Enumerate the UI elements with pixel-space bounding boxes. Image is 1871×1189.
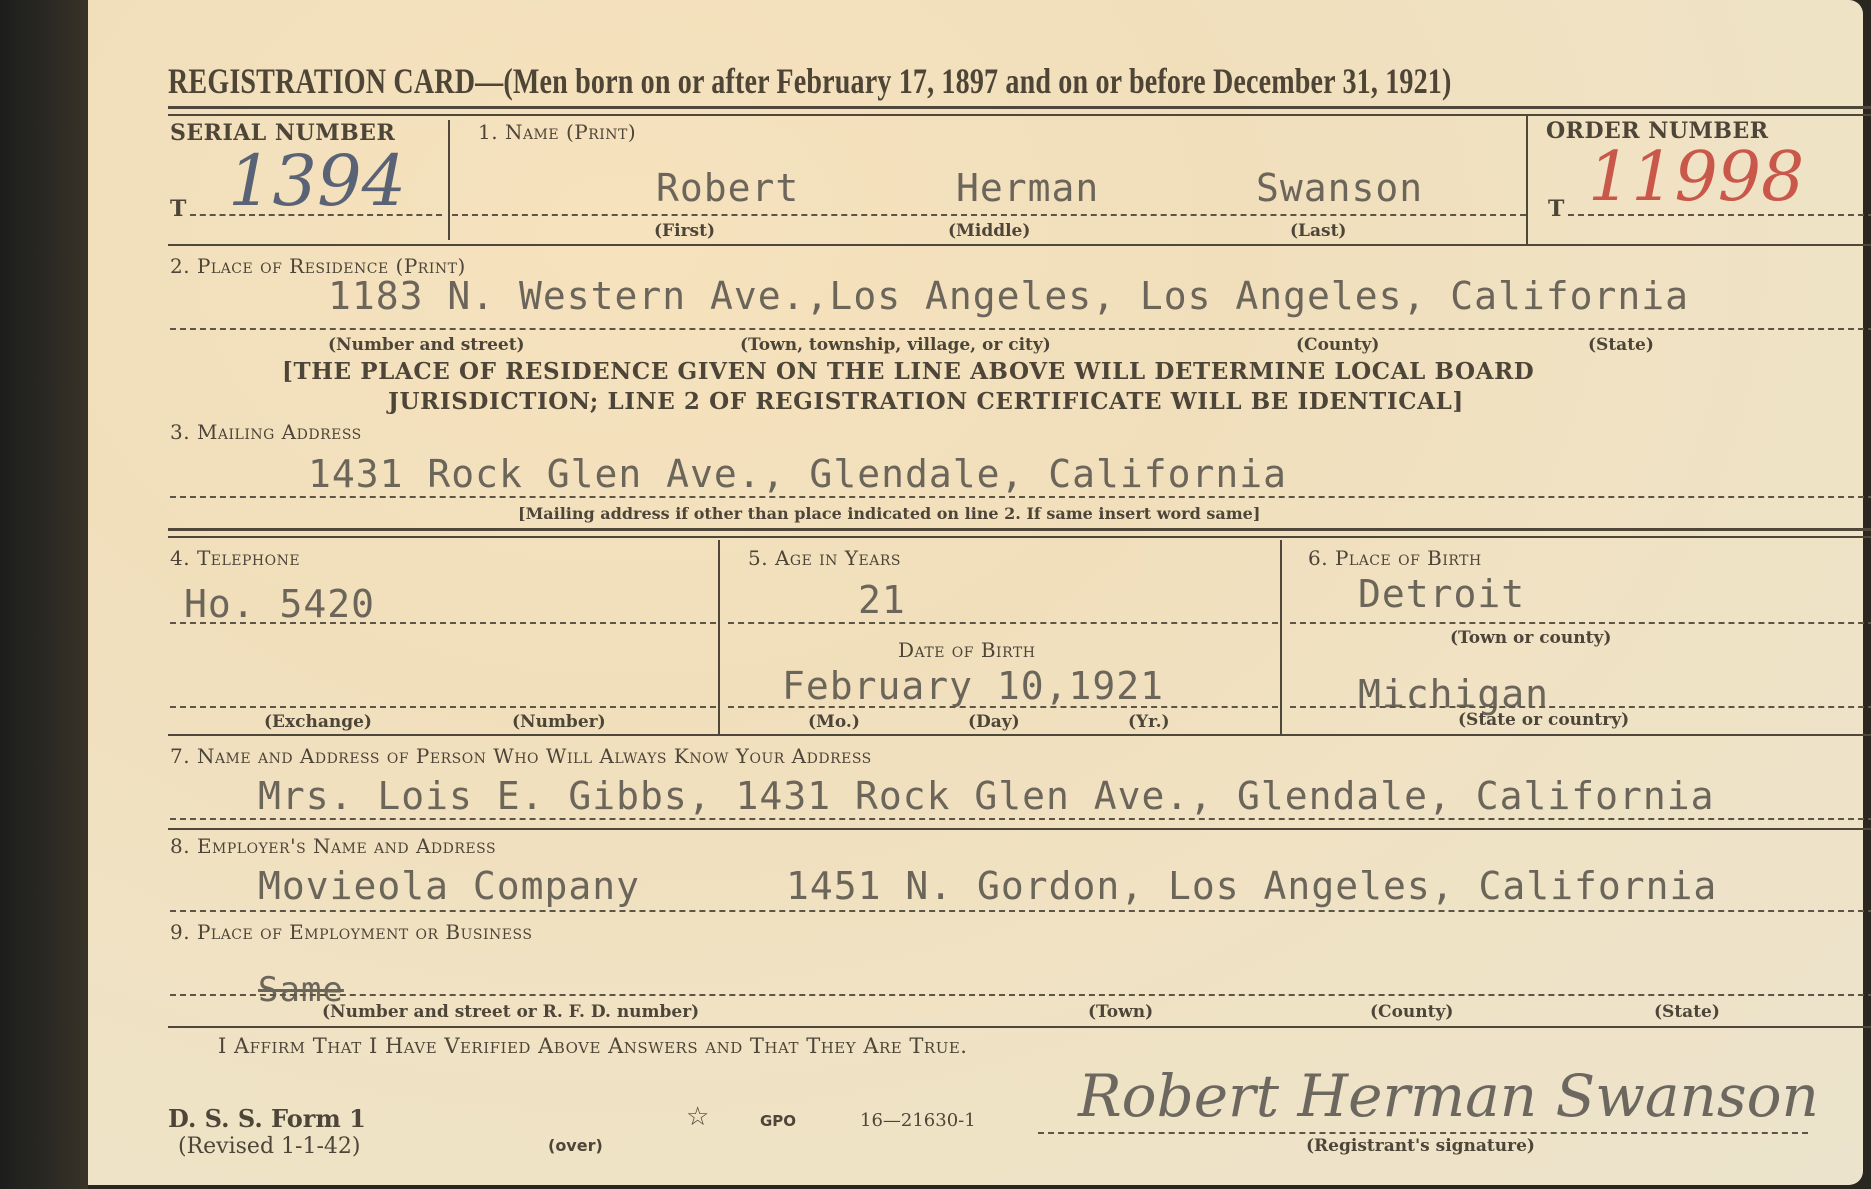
- dob-label: Date of Birth: [898, 638, 1035, 662]
- dob-line: [728, 706, 1278, 708]
- star-icon: ☆: [686, 1102, 709, 1132]
- serial-prefix: T: [170, 196, 186, 222]
- age-value: 21: [858, 578, 906, 622]
- signature-caption: (Registrant's signature): [1306, 1136, 1535, 1156]
- name-last-caption: (Last): [1290, 221, 1346, 241]
- residence-county-caption: (County): [1296, 335, 1379, 355]
- employment-county-caption: (County): [1370, 1002, 1453, 1022]
- name-middle-caption: (Middle): [948, 221, 1030, 241]
- dob-value: February 10,1921: [782, 664, 1164, 708]
- title-rule-1: [168, 106, 1871, 109]
- row-456-rule: [168, 734, 1871, 736]
- telephone-line-2: [170, 706, 716, 708]
- age-line: [728, 622, 1278, 624]
- telephone-value: Ho. 5420: [184, 582, 375, 626]
- employment-state-caption: (State): [1654, 1002, 1720, 1022]
- birthplace-town-line: [1290, 622, 1871, 624]
- mailing-caption: [Mailing address if other than place ind…: [518, 504, 1260, 523]
- residence-state-caption: (State): [1588, 335, 1654, 355]
- residence-value: 1183 N. Western Ave.,Los Angeles, Los An…: [328, 274, 1689, 318]
- employer-line: [170, 910, 1871, 912]
- employment-rule: [168, 1026, 1871, 1028]
- employer-name: Movieola Company: [258, 864, 640, 908]
- registrant-signature: Robert Herman Swanson: [1078, 1062, 1819, 1130]
- dob-day-caption: (Day): [968, 712, 1020, 732]
- dob-year-caption: (Yr.): [1128, 712, 1170, 732]
- birthplace-state-line: [1290, 706, 1871, 708]
- order-line: [1568, 214, 1871, 216]
- employment-place-line: [170, 994, 1871, 996]
- employment-town-caption: (Town): [1088, 1002, 1153, 1022]
- name-middle: Herman: [956, 166, 1099, 210]
- form-number: D. S. S. Form 1: [168, 1104, 366, 1133]
- residence-street-caption: (Number and street): [328, 335, 525, 355]
- mailing-value: 1431 Rock Glen Ave., Glendale, Californi…: [308, 452, 1287, 496]
- form-revised: (Revised 1-1-42): [178, 1134, 360, 1159]
- mailing-rule-2: [168, 536, 1871, 538]
- registration-card: REGISTRATION CARD—(Men born on or after …: [88, 0, 1863, 1185]
- age-label: 5. Age in Years: [748, 546, 901, 570]
- employment-place-label: 9. Place of Employment or Business: [170, 920, 532, 944]
- name-first-caption: (First): [654, 221, 715, 241]
- telephone-label: 4. Telephone: [170, 546, 300, 570]
- employer-address: 1451 N. Gordon, Los Angeles, California: [786, 864, 1717, 908]
- telephone-number-caption: (Number): [512, 712, 606, 732]
- print-code: 16—21630-1: [860, 1110, 976, 1131]
- name-label: 1. Name (Print): [478, 120, 636, 144]
- residence-notice-line1: [THE PLACE OF RESIDENCE GIVEN ON THE LIN…: [282, 358, 1534, 385]
- order-prefix: T: [1548, 196, 1564, 222]
- contact-label: 7. Name and Address of Person Who Will A…: [170, 744, 872, 768]
- residence-town-caption: (Town, township, village, or city): [740, 335, 1051, 355]
- residence-line: [170, 328, 1871, 330]
- mailing-rule-1: [168, 528, 1871, 531]
- employment-street-caption: (Number and street or R. F. D. number): [322, 1002, 699, 1022]
- contact-value: Mrs. Lois E. Gibbs, 1431 Rock Glen Ave.,…: [258, 774, 1715, 818]
- name-first: Robert: [656, 166, 799, 210]
- col-divider-2: [1280, 540, 1282, 734]
- name-section-rule: [168, 244, 1871, 246]
- telephone-line-1: [170, 622, 716, 624]
- serial-line: [190, 214, 442, 216]
- name-last: Swanson: [1256, 166, 1423, 210]
- order-number-value: 11998: [1588, 138, 1804, 217]
- card-title: REGISTRATION CARD—(Men born on or after …: [168, 60, 1452, 102]
- gpo-mark: GPO: [760, 1112, 796, 1130]
- mailing-line: [170, 496, 1871, 498]
- col-divider-1: [718, 540, 720, 734]
- serial-divider: [448, 120, 450, 240]
- dob-month-caption: (Mo.): [808, 712, 860, 732]
- over-note: (over): [548, 1136, 603, 1155]
- residence-notice-line2: JURISDICTION; LINE 2 OF REGISTRATION CER…: [388, 388, 1464, 415]
- birthplace-state-caption: (State or country): [1458, 710, 1629, 730]
- contact-rule: [168, 828, 1871, 830]
- birthplace-label: 6. Place of Birth: [1308, 546, 1482, 570]
- birthplace-town-caption: (Town or county): [1450, 628, 1611, 648]
- contact-line: [170, 818, 1871, 820]
- employer-label: 8. Employer's Name and Address: [170, 834, 496, 858]
- mailing-label: 3. Mailing Address: [170, 420, 362, 444]
- order-divider: [1526, 116, 1528, 244]
- serial-number-value: 1394: [228, 140, 406, 222]
- title-rule-2: [168, 114, 1871, 116]
- telephone-exchange-caption: (Exchange): [264, 712, 372, 732]
- affirmation-text: I Affirm That I Have Verified Above Answ…: [218, 1034, 967, 1058]
- birthplace-town: Detroit: [1358, 572, 1525, 616]
- signature-line: [1038, 1132, 1808, 1134]
- name-line: [452, 214, 1526, 216]
- binder-edge: [0, 0, 88, 1189]
